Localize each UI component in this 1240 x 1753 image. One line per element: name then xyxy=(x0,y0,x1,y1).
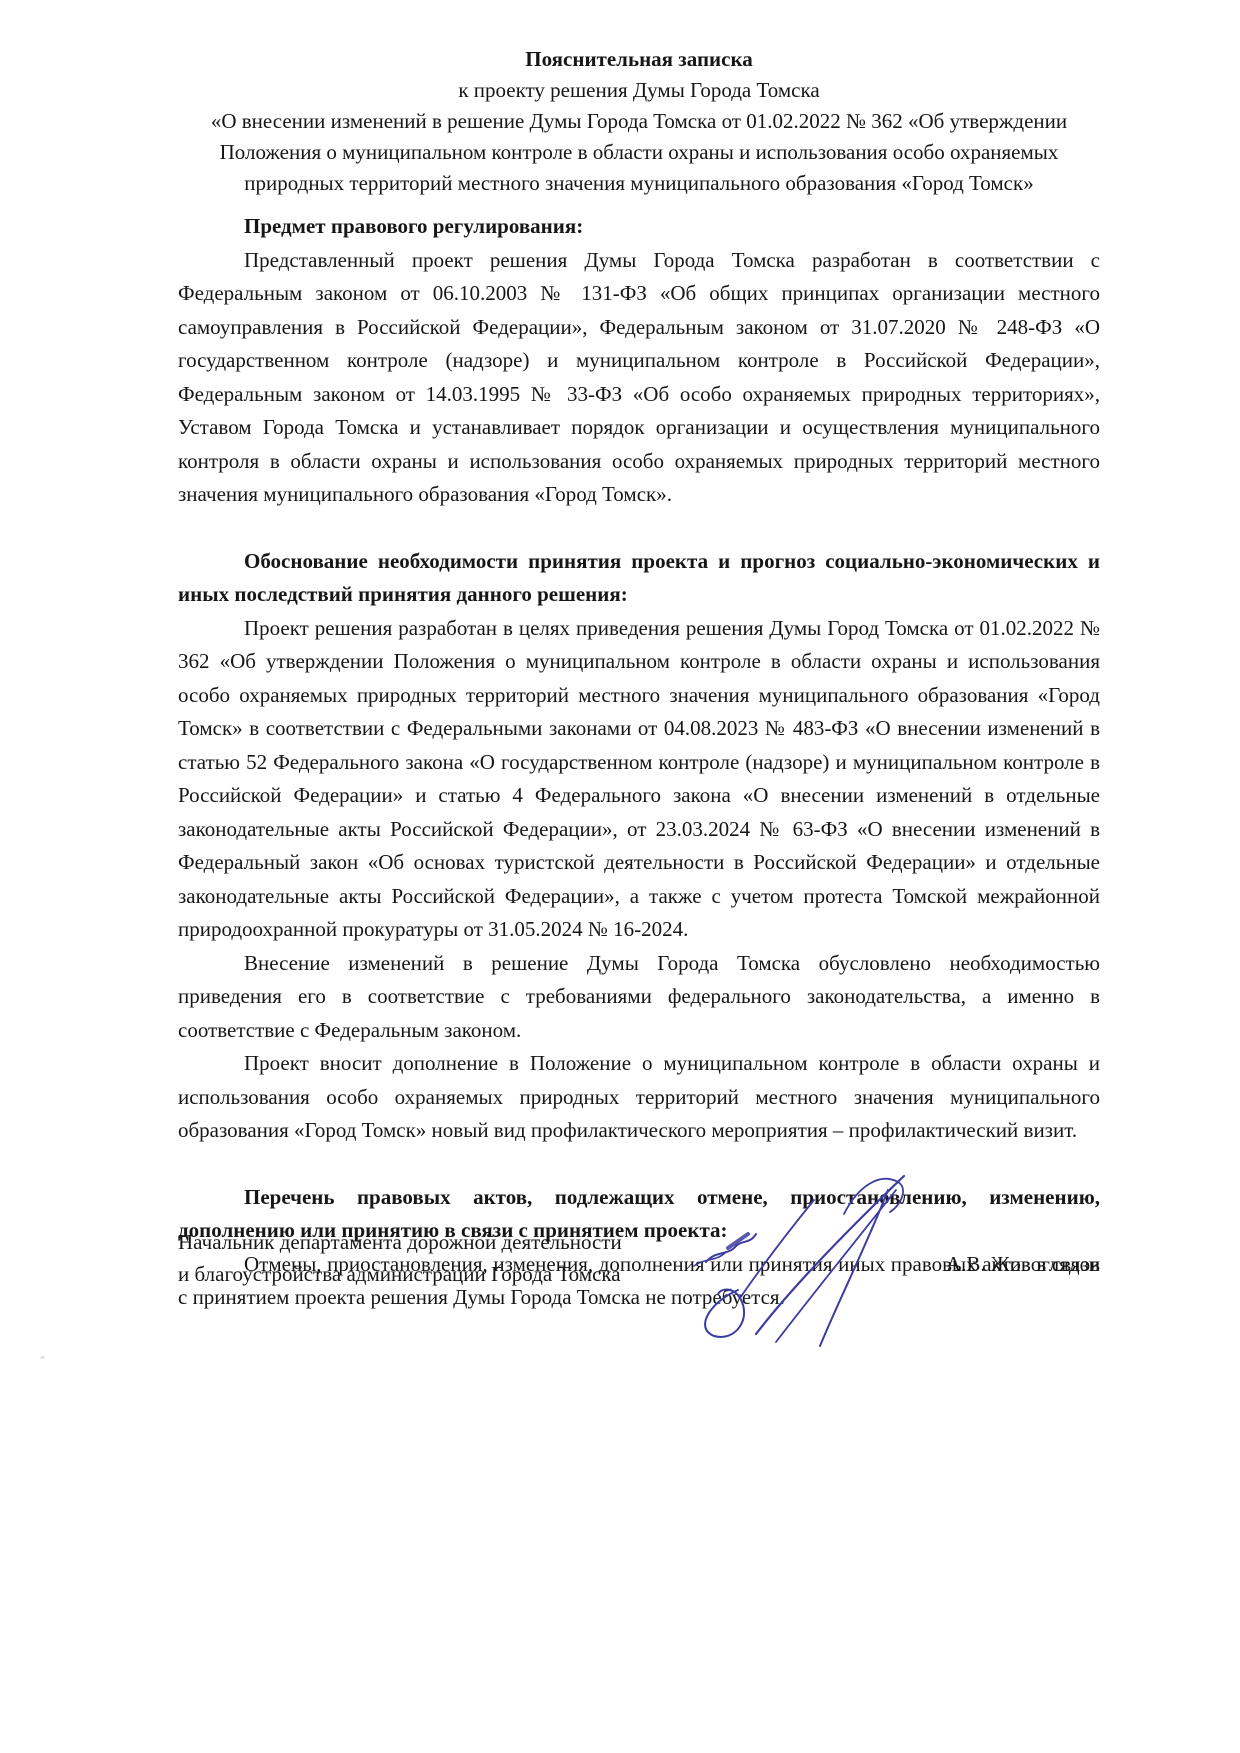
paragraph: Представленный проект решения Думы Город… xyxy=(178,244,1100,512)
title-line-decision: «О внесении изменений в решение Думы Гор… xyxy=(178,106,1100,199)
document-page: Пояснительная записка к проекту решения … xyxy=(0,0,1240,1753)
section-heading-subject: Предмет правового регулирования: xyxy=(178,210,1100,244)
title-line-subtitle: к проекту решения Думы Города Томска xyxy=(178,75,1100,106)
spacer xyxy=(178,512,1100,545)
signature-block: Начальник департамента дорожной деятельн… xyxy=(178,1226,1100,1356)
document-content: Пояснительная записка к проекту решения … xyxy=(178,44,1100,1315)
document-title: Пояснительная записка к проекту решения … xyxy=(178,44,1100,199)
section-heading-justification: Обоснование необходимости принятия проек… xyxy=(178,545,1100,612)
handwritten-signature-ink xyxy=(676,1170,926,1348)
spacer xyxy=(178,1148,1100,1181)
scan-speck-artifact xyxy=(40,1356,45,1359)
spacer xyxy=(178,199,1100,210)
title-line-main: Пояснительная записка xyxy=(178,44,1100,75)
paragraph: Проект решения разработан в целях привед… xyxy=(178,612,1100,947)
paragraph: Внесение изменений в решение Думы Города… xyxy=(178,947,1100,1048)
paragraph: Проект вносит дополнение в Положение о м… xyxy=(178,1047,1100,1148)
signatory-name: А.В. Живоглядов xyxy=(946,1248,1100,1280)
